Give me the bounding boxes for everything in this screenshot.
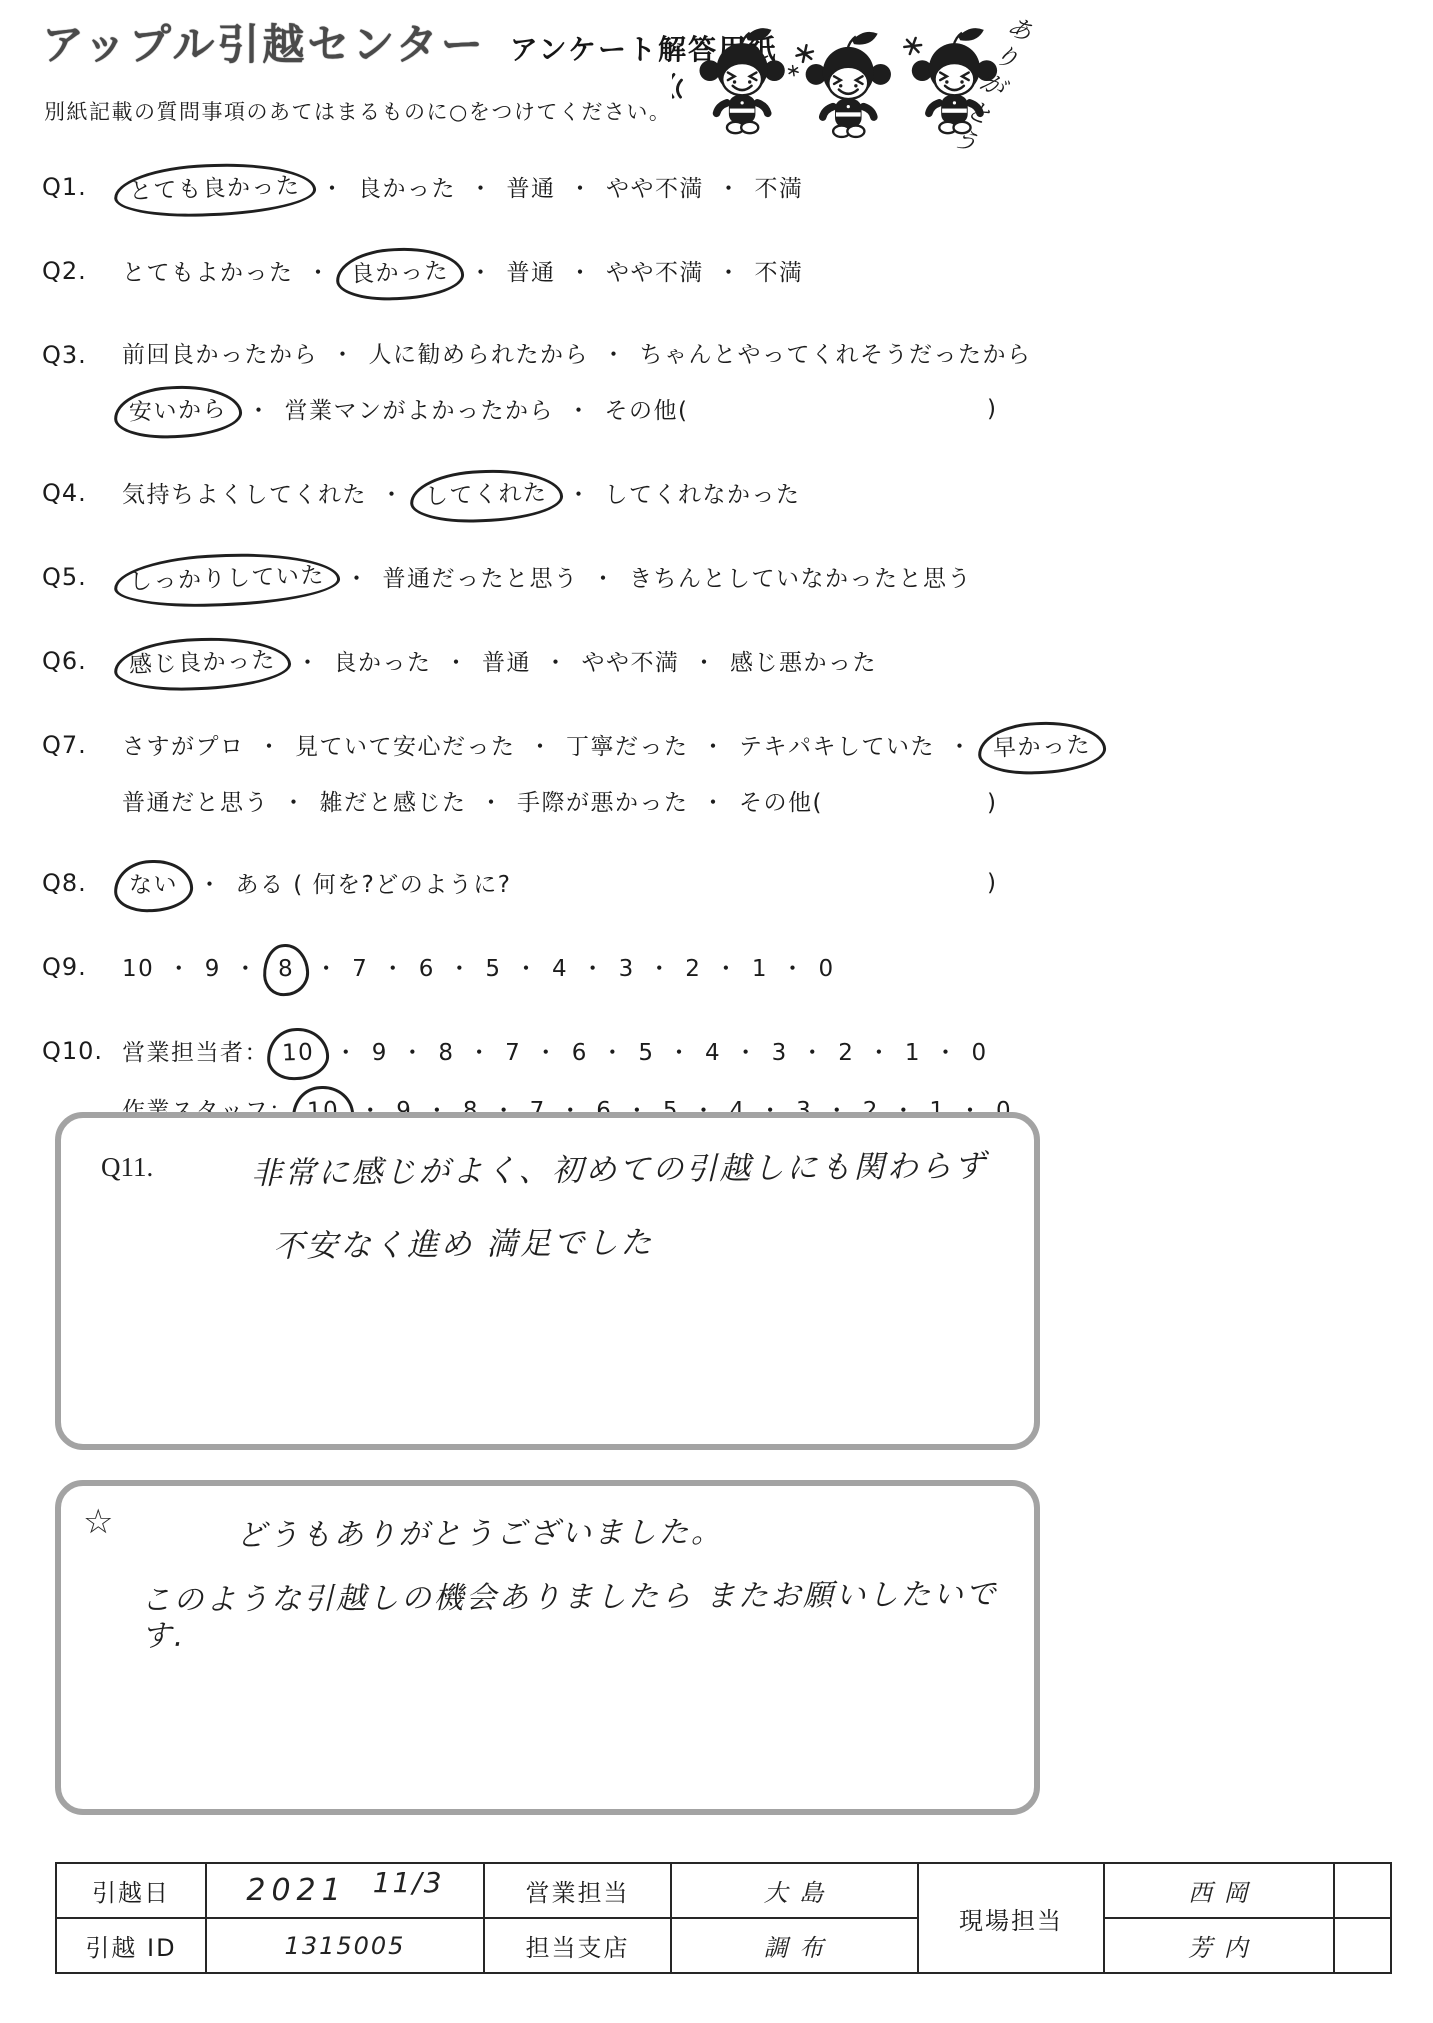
option-separator: ・: [602, 342, 627, 368]
option-circled: 安いから: [113, 384, 243, 440]
question-number: Q6.: [42, 644, 122, 682]
move-date-year: 2021: [246, 1873, 346, 1908]
option: 3: [772, 1036, 788, 1070]
close-paren: ): [987, 786, 997, 820]
option-circled: しっかりしていた: [113, 550, 341, 610]
option: 4: [552, 952, 568, 986]
option: 良かった: [334, 646, 432, 680]
option: その他(: [605, 394, 689, 428]
option-separator: ・: [198, 872, 223, 898]
option: 普通: [507, 172, 556, 206]
question-row: Q1.とても良かった・良かった・普通・やや不満・不満: [42, 170, 1122, 208]
option: ちゃんとやってくれそうだったから: [640, 338, 1032, 372]
option-separator: ・: [801, 1040, 826, 1066]
option-separator: ・: [693, 650, 718, 676]
option: 不満: [755, 256, 804, 290]
option-separator: ・: [569, 260, 594, 286]
option-line: 前回良かったから・人に勧められたから・ちゃんとやってくれそうだったから: [122, 338, 1122, 372]
option-separator: ・: [592, 566, 617, 592]
option-separator: ・: [401, 1040, 426, 1066]
question-number: Q4.: [42, 476, 122, 514]
question-options: 10・9・8・7・6・5・4・3・2・1・0: [122, 950, 1122, 988]
option: 0: [819, 952, 835, 986]
option: 普通だと思う: [122, 786, 269, 820]
sales-rep-label: 営業担当: [484, 1863, 671, 1918]
question-options: さすがプロ・見ていて安心だった・丁寧だった・テキパキしていた・早かった普通だと思…: [122, 728, 1122, 820]
option: 営業マンがよかったから: [285, 394, 555, 428]
option-separator: ・: [734, 1040, 759, 1066]
option: 感じ悪かった: [730, 646, 877, 680]
option-separator: ・: [381, 956, 406, 982]
question-row: Q7.さすがプロ・見ていて安心だった・丁寧だった・テキパキしていた・早かった普通…: [42, 728, 1122, 820]
option: してくれなかった: [605, 478, 801, 512]
option: テキパキしていた: [739, 730, 935, 764]
option: 4: [705, 1036, 721, 1070]
question-row: Q3.前回良かったから・人に勧められたから・ちゃんとやってくれそうだったから安い…: [42, 338, 1122, 430]
option: 6: [419, 952, 435, 986]
option: 1: [905, 1036, 921, 1070]
option: 7: [352, 952, 368, 986]
question-number: Q1.: [42, 170, 122, 208]
option-line-prefix: 営業担当者：: [122, 1040, 269, 1066]
question-options: とてもよかった・良かった・普通・やや不満・不満: [122, 254, 1122, 292]
option-separator: ・: [529, 734, 554, 760]
option: とてもよかった: [122, 256, 294, 290]
move-id-label: 引越 ID: [56, 1918, 206, 1973]
option-separator: ・: [934, 1040, 959, 1066]
move-date-label: 引越日: [56, 1863, 206, 1918]
option: 5: [485, 952, 501, 986]
star-icon: ☆: [83, 1502, 113, 1542]
option-separator: ・: [321, 176, 346, 202]
option-line: 気持ちよくしてくれた・してくれた・してくれなかった: [122, 476, 1122, 514]
option-separator: ・: [258, 734, 283, 760]
comment-line: このような引越しの機会ありましたら またお願いしたいです.: [141, 1577, 1014, 1655]
site-crew-label: 現場担当: [918, 1863, 1104, 1973]
option: やや不満: [582, 646, 680, 680]
question-number: Q2.: [42, 254, 122, 292]
option-separator: ・: [469, 260, 494, 286]
question-row: Q4.気持ちよくしてくれた・してくれた・してくれなかった: [42, 476, 1122, 514]
option-line: 感じ良かった・良かった・普通・やや不満・感じ悪かった: [122, 644, 1122, 682]
sales-rep-value: 大 島: [671, 1863, 918, 1918]
option: 3: [619, 952, 635, 986]
option: 2: [685, 952, 701, 986]
option-separator: ・: [307, 260, 332, 286]
option-separator: ・: [167, 956, 192, 982]
option: 丁寧だった: [566, 730, 689, 764]
option: その他(: [739, 786, 823, 820]
option-separator: ・: [714, 956, 739, 982]
option-separator: ・: [581, 956, 606, 982]
option: 不満: [755, 172, 804, 206]
option-separator: ・: [569, 176, 594, 202]
option-line: 普通だと思う・雑だと感じた・手際が悪かった・その他(): [122, 786, 1122, 820]
option: 1: [752, 952, 768, 986]
question-number: Q5.: [42, 560, 122, 598]
option: やや不満: [606, 256, 704, 290]
empty-cell: [1334, 1918, 1391, 1973]
question-options: とても良かった・良かった・普通・やや不満・不満: [122, 170, 1122, 208]
option-line: さすがプロ・見ていて安心だった・丁寧だった・テキパキしていた・早かった: [122, 728, 1122, 766]
option: さすがプロ: [122, 730, 245, 764]
option: 普通だったと思う: [383, 562, 579, 596]
header: アップル引越センター アンケート解答用紙: [42, 24, 778, 66]
option: 気持ちよくしてくれた: [122, 478, 367, 512]
option-separator: ・: [948, 734, 973, 760]
option-separator: ・: [469, 176, 494, 202]
option-line: とても良かった・良かった・普通・やや不満・不満: [122, 170, 1122, 208]
option-separator: ・: [648, 956, 673, 982]
handwritten-comment: どうもありがとうございました。 このような引越しの機会ありましたら またお願いし…: [141, 1516, 1014, 1652]
footer-info-table: 引越日 202111/3 営業担当 大 島 現場担当 西 岡 引越 ID 131…: [55, 1862, 1392, 1974]
option: 6: [572, 1036, 588, 1070]
question-row: Q8.ない・ある ( 何を?どのように?): [42, 866, 1122, 904]
option-separator: ・: [567, 398, 592, 424]
question-row: Q6.感じ良かった・良かった・普通・やや不満・感じ悪かった: [42, 644, 1122, 682]
move-date-value: 202111/3: [206, 1863, 484, 1918]
option-separator: ・: [544, 650, 569, 676]
option-line: しっかりしていた・普通だったと思う・きちんとしていなかったと思う: [122, 560, 1122, 598]
question-row: Q2.とてもよかった・良かった・普通・やや不満・不満: [42, 254, 1122, 292]
question-row: Q9.10・9・8・7・6・5・4・3・2・1・0: [42, 950, 1122, 988]
option: 普通: [482, 646, 531, 680]
option-circled: 10: [266, 1027, 330, 1081]
option-separator: ・: [867, 1040, 892, 1066]
option-separator: ・: [717, 260, 742, 286]
option-separator: ・: [468, 1040, 493, 1066]
option-separator: ・: [234, 956, 259, 982]
option-separator: ・: [380, 482, 405, 508]
option: 普通: [507, 256, 556, 290]
option-separator: ・: [567, 482, 592, 508]
option: やや不満: [606, 172, 704, 206]
option-separator: ・: [534, 1040, 559, 1066]
option: 2: [838, 1036, 854, 1070]
question-options: しっかりしていた・普通だったと思う・きちんとしていなかったと思う: [122, 560, 1122, 598]
option-separator: ・: [702, 790, 727, 816]
option-separator: ・: [296, 650, 321, 676]
option: 9: [372, 1036, 388, 1070]
question-number: Q11.: [101, 1152, 251, 1444]
question-options: 感じ良かった・良かった・普通・やや不満・感じ悪かった: [122, 644, 1122, 682]
option: 5: [638, 1036, 654, 1070]
option-separator: ・: [247, 398, 272, 424]
option-line: とてもよかった・良かった・普通・やや不満・不満: [122, 254, 1122, 292]
option-separator: ・: [717, 176, 742, 202]
option: 0: [972, 1036, 988, 1070]
option-separator: ・: [315, 956, 340, 982]
option: ある ( 何を?どのように?: [236, 868, 512, 902]
option: 雑だと感じた: [320, 786, 467, 820]
comment-line: 不安なく進め 満足でした: [273, 1221, 988, 1266]
brand-logo: アップル引越センター: [42, 24, 486, 66]
option-separator: ・: [282, 790, 307, 816]
option-line: 10・9・8・7・6・5・4・3・2・1・0: [122, 950, 1122, 988]
option: 8: [438, 1036, 454, 1070]
option: 7: [505, 1036, 521, 1070]
option: 前回良かったから: [122, 338, 318, 372]
option-separator: ・: [445, 650, 470, 676]
site-crew-value-2: 芳 内: [1104, 1918, 1334, 1973]
survey-sheet: { "header": { "brand": "アップル引越センター", "fo…: [0, 0, 1433, 2023]
question-options: ない・ある ( 何を?どのように?): [122, 866, 1122, 904]
option-circled: ない: [113, 859, 194, 914]
option: きちんとしていなかったと思う: [629, 562, 972, 596]
option-circled: とても良かった: [113, 160, 316, 219]
instruction-text: 別紙記載の質問事項のあてはまるものに○をつけてください。: [44, 96, 671, 126]
question-options: 気持ちよくしてくれた・してくれた・してくれなかった: [122, 476, 1122, 514]
comment-line: どうもありがとうございました。: [141, 1513, 1014, 1555]
question-number: Q8.: [42, 866, 122, 904]
handwritten-comment: 非常に感じがよく、初めての引越しにも関わらず 不安なく進め 満足でした: [251, 1152, 987, 1444]
option: 見ていて安心だった: [295, 730, 516, 764]
option: 手際が悪かった: [517, 786, 689, 820]
option-line: 安いから・営業マンがよかったから・その他(): [122, 392, 1122, 430]
question-number: Q3.: [42, 338, 122, 430]
comment-box-q11: Q11. 非常に感じがよく、初めての引越しにも関わらず 不安なく進め 満足でした: [55, 1112, 1040, 1450]
option-line: 営業担当者：10・9・8・7・6・5・4・3・2・1・0: [122, 1034, 1122, 1072]
option-separator: ・: [334, 1040, 359, 1066]
option-circled: 8: [263, 943, 311, 997]
question-list: Q1.とても良かった・良かった・普通・やや不満・不満Q2.とてもよかった・良かっ…: [42, 170, 1122, 1176]
close-paren: ): [987, 866, 997, 900]
option-circled: 早かった: [977, 720, 1107, 776]
close-paren: ): [987, 392, 997, 426]
branch-value: 調 布: [671, 1918, 918, 1973]
option: 良かった: [358, 172, 456, 206]
comment-line: 非常に感じがよく、初めての引越しにも関わらず: [251, 1148, 988, 1193]
move-id-value: 1315005: [206, 1918, 484, 1973]
comment-box-star: ☆ どうもありがとうございました。 このような引越しの機会ありましたら またお願…: [55, 1480, 1040, 1815]
option-separator: ・: [702, 734, 727, 760]
move-date-day: 11/3: [373, 1866, 444, 1899]
option-line: ない・ある ( 何を?どのように?): [122, 866, 1122, 904]
option-separator: ・: [781, 956, 806, 982]
question-row: Q5.しっかりしていた・普通だったと思う・きちんとしていなかったと思う: [42, 560, 1122, 598]
question-options: 前回良かったから・人に勧められたから・ちゃんとやってくれそうだったから安いから・…: [122, 338, 1122, 430]
option-circled: 感じ良かった: [113, 635, 292, 693]
option-separator: ・: [667, 1040, 692, 1066]
option-circled: してくれた: [409, 467, 563, 524]
question-number: Q9.: [42, 950, 122, 988]
question-number: Q7.: [42, 728, 122, 820]
option: 人に勧められたから: [369, 338, 590, 372]
site-crew-value-1: 西 岡: [1104, 1863, 1334, 1918]
empty-cell: [1334, 1863, 1391, 1918]
option-separator: ・: [345, 566, 370, 592]
option-separator: ・: [331, 342, 356, 368]
branch-label: 担当支店: [484, 1918, 671, 1973]
option-circled: 良かった: [335, 246, 465, 302]
option-separator: ・: [514, 956, 539, 982]
option-separator: ・: [448, 956, 473, 982]
option: 9: [205, 952, 221, 986]
option-separator: ・: [480, 790, 505, 816]
option-separator: ・: [601, 1040, 626, 1066]
option: 10: [122, 952, 154, 986]
